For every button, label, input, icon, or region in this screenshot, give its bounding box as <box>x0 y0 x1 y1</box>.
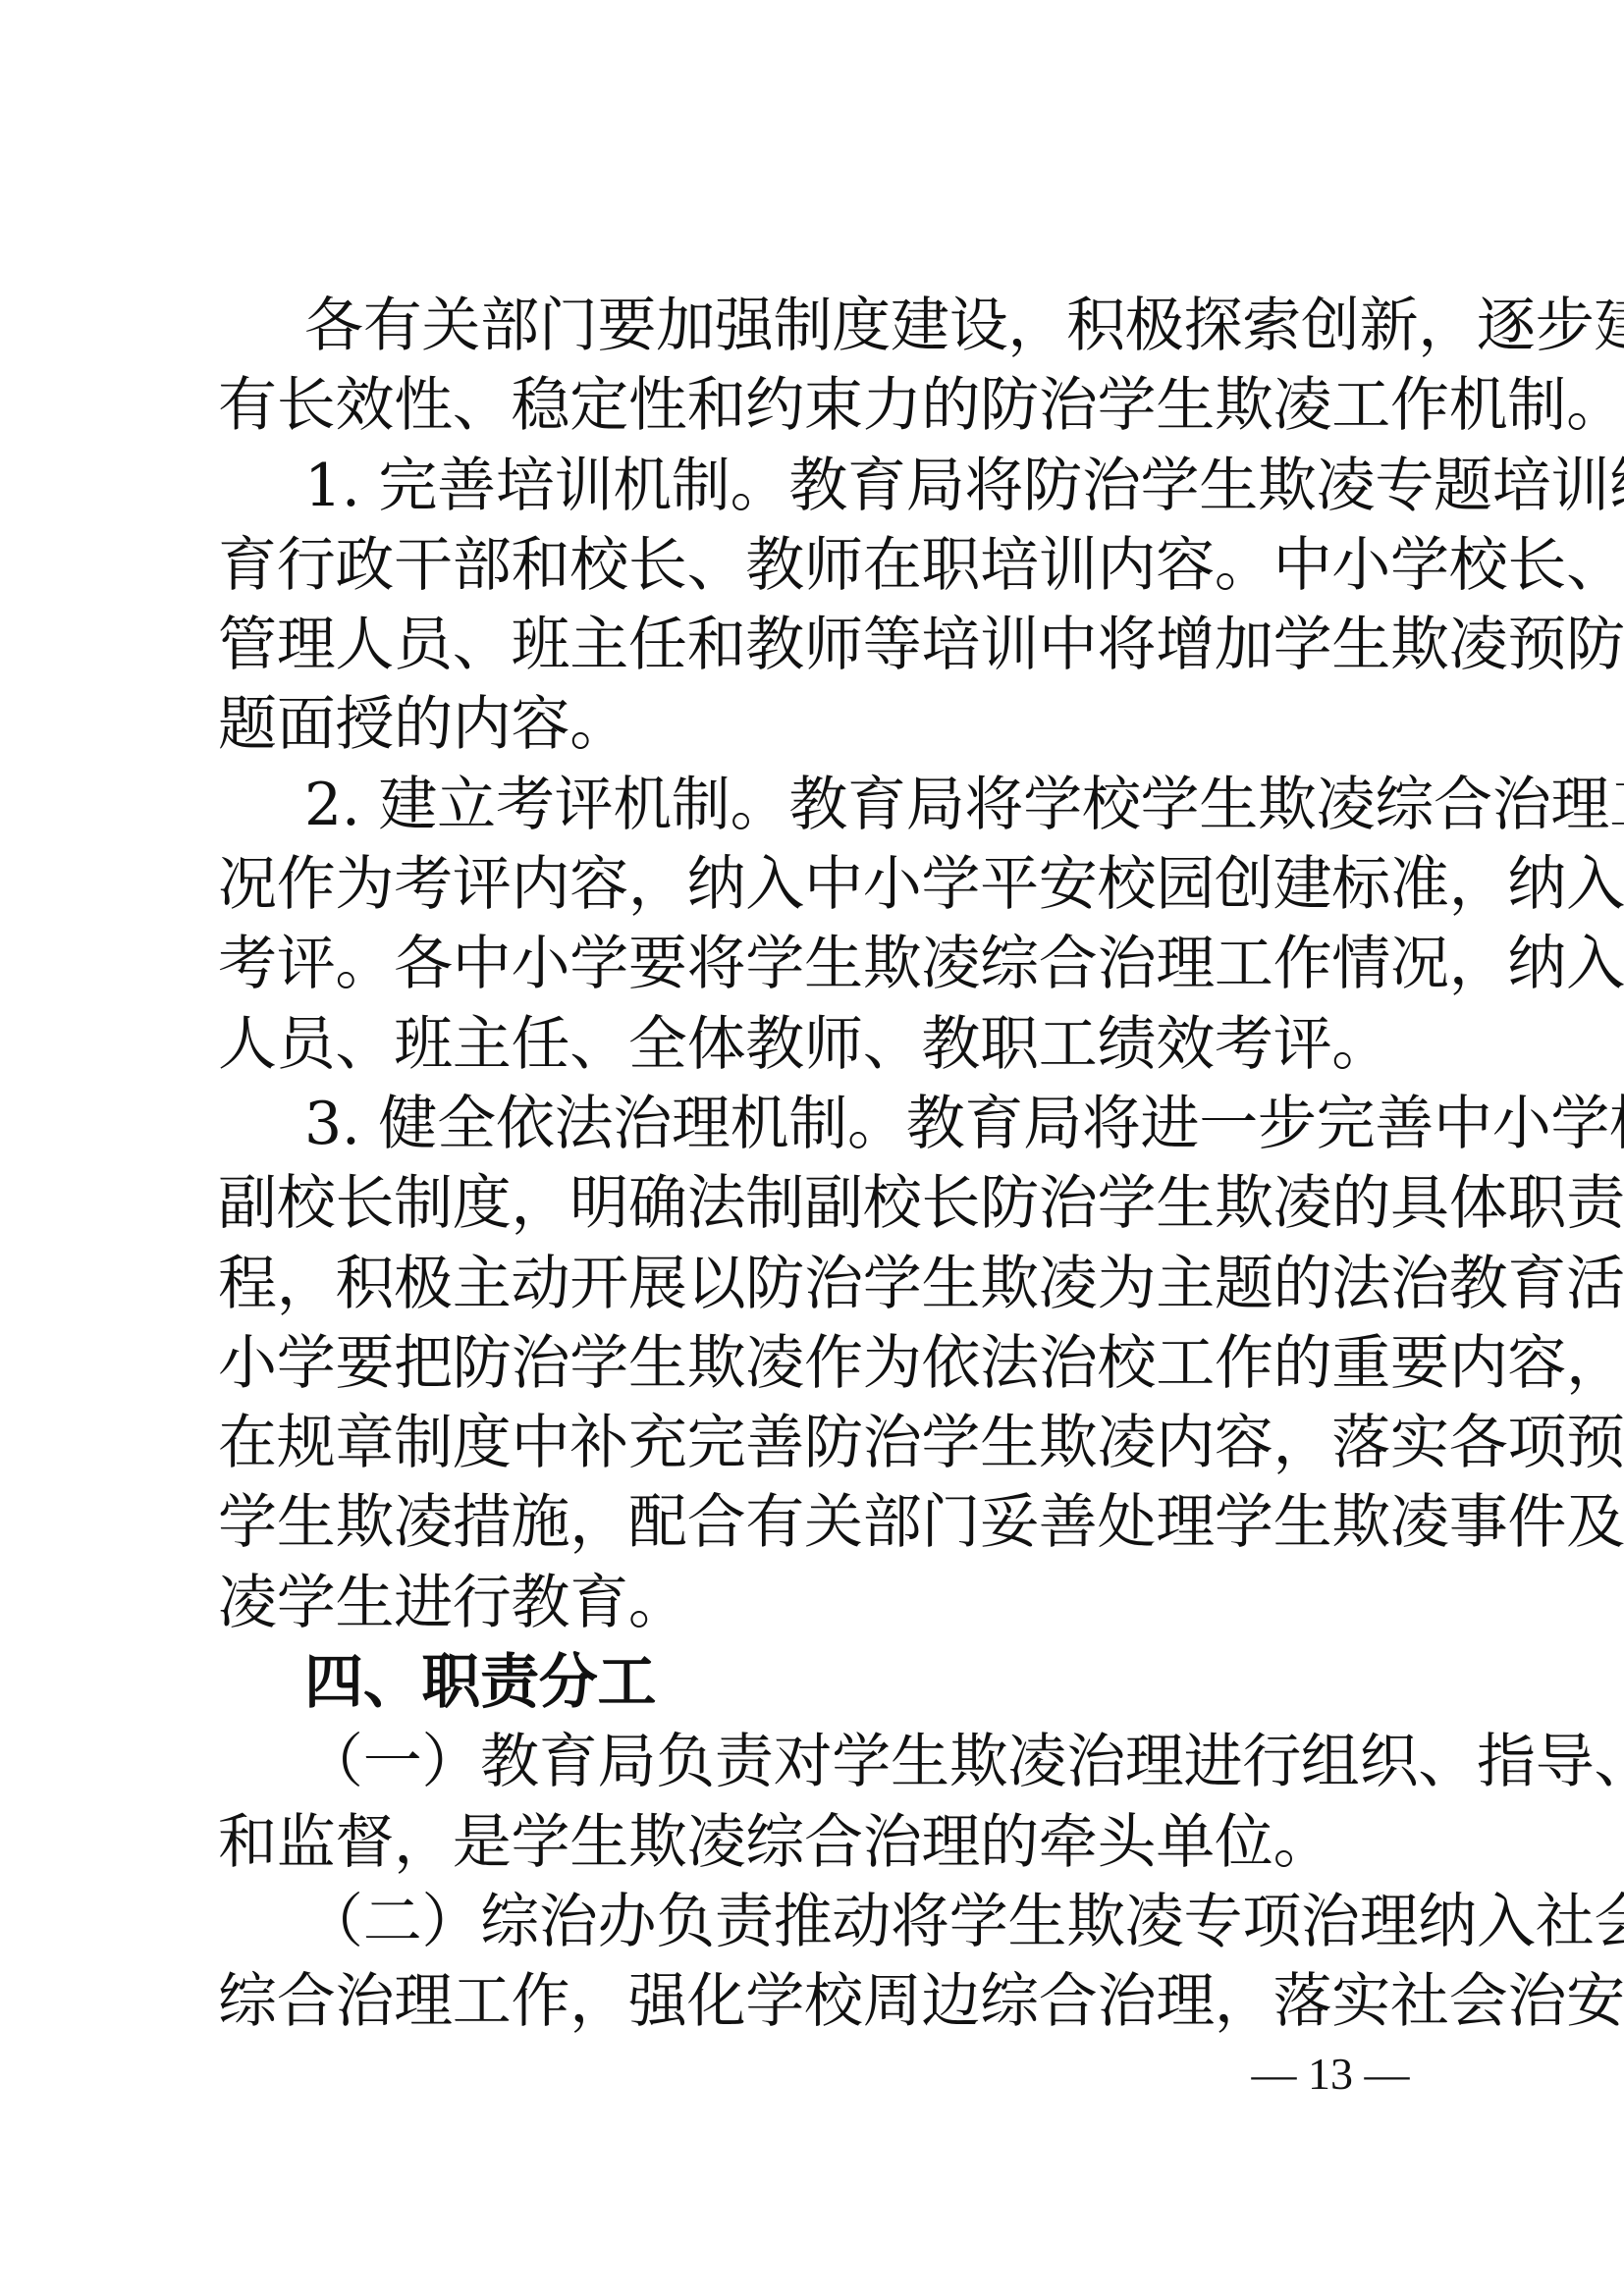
item-3-line-4: 小学要把防治学生欺凌作为依法治校工作的重要内容，推进学校 <box>218 1324 1432 1404</box>
item-2-line-2: 况作为考评内容，纳入中小学平安校园创建标准，纳入学校年度 <box>218 845 1432 925</box>
item-3-line-3: 程，积极主动开展以防治学生欺凌为主题的法治教育活动。各中 <box>218 1245 1432 1324</box>
item-3-line-2: 副校长制度，明确法制副校长防治学生欺凌的具体职责和工作流 <box>218 1164 1432 1244</box>
item-1-line-3: 管理人员、班主任和教师等培训中将增加学生欺凌预防与处置专 <box>218 606 1432 685</box>
item-3-line-1: 3. 健全依法治理机制。教育局将进一步完善中小学校法制 <box>218 1085 1432 1164</box>
item-2-line-4: 人员、班主任、全体教师、教职工绩效考评。 <box>218 1005 1432 1085</box>
item-1-line-2: 育行政干部和校长、教师在职培训内容。中小学校长、学校行政 <box>218 526 1432 606</box>
duty-2-line-1: （二）综治办负责推动将学生欺凌专项治理纳入社会治安 <box>218 1883 1432 1962</box>
item-1-line-4: 题面授的内容。 <box>218 685 1432 765</box>
item-3-line-5: 在规章制度中补充完善防治学生欺凌内容，落实各项预防和处置 <box>218 1404 1432 1483</box>
item-3-line-7: 凌学生进行教育。 <box>218 1564 1432 1643</box>
item-2-line-3: 考评。各中小学要将学生欺凌综合治理工作情况，纳入学校管理 <box>218 925 1432 1004</box>
document-body: 各有关部门要加强制度建设，积极探索创新，逐步建立具 有长效性、稳定性和约束力的防… <box>218 287 1432 2043</box>
duty-1-line-2: 和监督，是学生欺凌综合治理的牵头单位。 <box>218 1803 1432 1883</box>
item-3-line-6: 学生欺凌措施，配合有关部门妥善处理学生欺凌事件及对实施欺 <box>218 1483 1432 1563</box>
duty-1-line-1: （一）教育局负责对学生欺凌治理进行组织、指导、协调 <box>218 1723 1432 1802</box>
paragraph-intro-line-2: 有长效性、稳定性和约束力的防治学生欺凌工作机制。 <box>218 366 1432 446</box>
item-2-line-1: 2. 建立考评机制。教育局将学校学生欺凌综合治理工作情 <box>218 766 1432 845</box>
item-1-line-1: 1. 完善培训机制。教育局将防治学生欺凌专题培训纳入教 <box>218 447 1432 526</box>
paragraph-intro-line-1: 各有关部门要加强制度建设，积极探索创新，逐步建立具 <box>218 287 1432 366</box>
page-number: — 13 — <box>1247 2048 1414 2100</box>
section-heading: 四、职责分工 <box>218 1643 1432 1723</box>
duty-2-line-2: 综合治理工作，强化学校周边综合治理，落实社会治安综合治理 <box>218 1962 1432 2042</box>
